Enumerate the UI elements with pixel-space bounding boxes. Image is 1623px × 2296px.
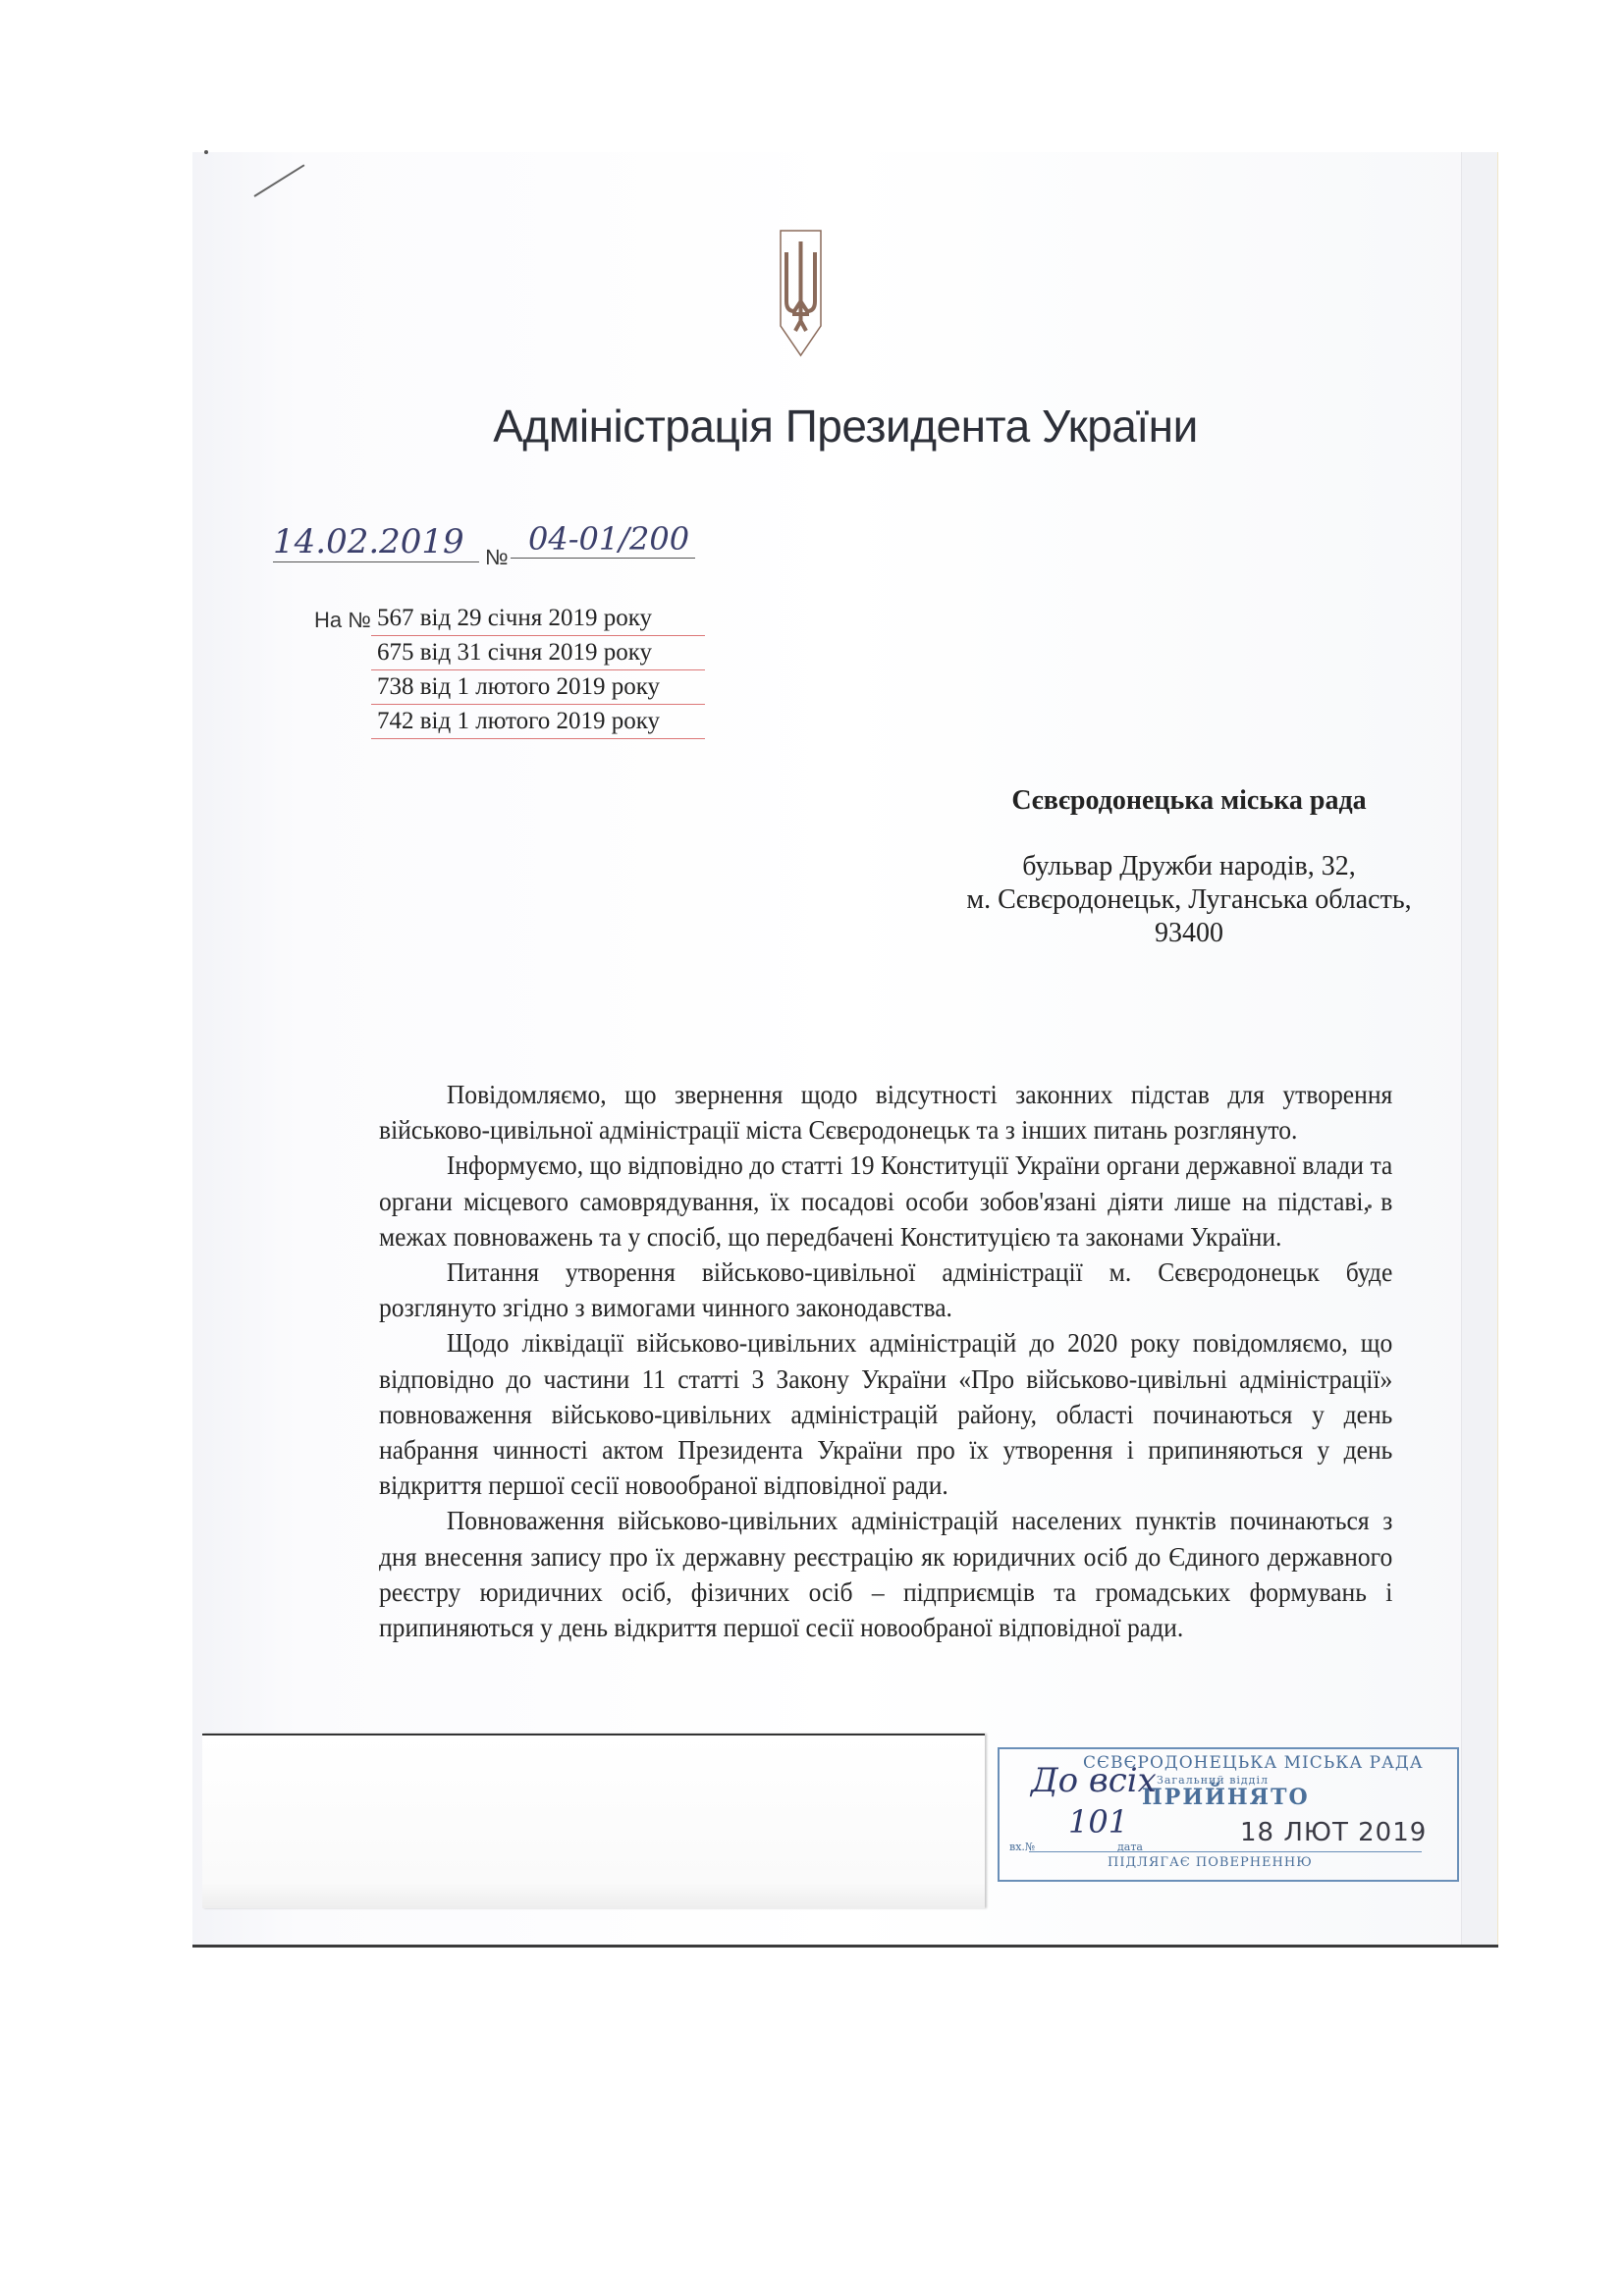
letter-body: Повідомляємо, що звернення щодо відсутно… (379, 1077, 1392, 1645)
paragraph: Щодо ліквідації військово-цивільних адмі… (379, 1325, 1392, 1503)
paragraph: Повноваження військово-цивільних адмініс… (379, 1503, 1392, 1645)
reference-list: 567 від 29 січня 2019 року 675 від 31 сі… (377, 604, 672, 741)
speck (204, 150, 208, 154)
address-line: бульвар Дружби народів, 32, (944, 850, 1434, 883)
outgoing-date: 14.02.2019 (273, 522, 479, 562)
trident-coat-of-arms-icon (779, 228, 823, 358)
number-label: № (485, 545, 509, 570)
paragraph: Інформуємо, що відповідно до статті 19 К… (379, 1148, 1392, 1255)
recipient-name: Сєвєродонецька міська рада (944, 785, 1434, 817)
address-line: м. Сєвєродонецьк, Луганська область, (944, 883, 1434, 917)
reference-item: 742 від 1 лютого 2019 року (377, 707, 672, 741)
in-reply-label: На № (314, 608, 371, 633)
scanned-letter: Адміністрація Президента України 14.02.2… (192, 152, 1498, 1948)
organization-title: Адміністрація Президента України (192, 400, 1498, 453)
address-line: 93400 (944, 917, 1434, 950)
reference-item: 567 від 29 січня 2019 року (377, 604, 672, 638)
recipient-block: Сєвєродонецька міська рада бульвар Дружб… (944, 785, 1434, 950)
recipient-address: бульвар Дружби народів, 32, м. Сєвєродон… (944, 850, 1434, 950)
reference-item: 675 від 31 січня 2019 року (377, 638, 672, 672)
paragraph: Повідомляємо, що звернення щодо відсутно… (379, 1077, 1392, 1148)
reference-item: 738 від 1 лютого 2019 року (377, 672, 672, 707)
pen-mark (253, 164, 304, 196)
paragraph: Питання утворення військово-цивільної ад… (379, 1255, 1392, 1325)
outgoing-number: 04-01/200 (511, 520, 695, 559)
